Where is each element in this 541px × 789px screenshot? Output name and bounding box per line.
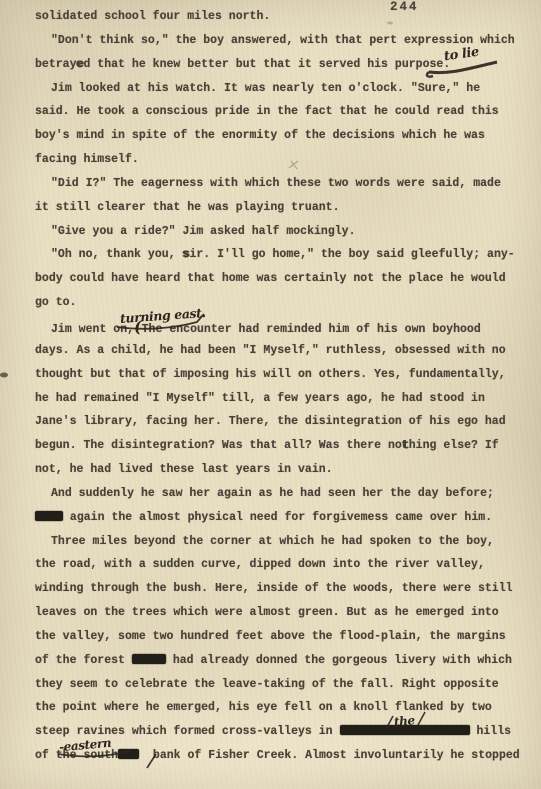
- typed-line: again the almost physical need for forgi…: [35, 506, 535, 530]
- typed-line: body could have heard that home was cert…: [35, 267, 535, 291]
- typed-line: And suddenly he saw her again as he had …: [35, 482, 535, 506]
- typed-line: Jim looked at his watch. It was nearly t…: [35, 77, 535, 101]
- typed-line: days. As a child, he had been "I Myself,…: [35, 339, 535, 363]
- typed-line: thought but that of imposing his will on…: [35, 363, 535, 387]
- typed-line: boy's mind in spite of the enormity of t…: [35, 124, 535, 148]
- typed-line: of the forest had already donned the gor…: [35, 649, 535, 673]
- overtyped-char: s: [183, 248, 190, 261]
- typed-line: facing himself.: [35, 148, 535, 172]
- handwritten-annotation-the: the: [393, 713, 415, 729]
- typed-line: leaves on the trees which were almost gr…: [35, 601, 535, 625]
- typed-line: begun. The disintegration? Was that all?…: [35, 434, 535, 458]
- redaction-mark: [35, 511, 63, 521]
- typed-line: he had remained "I Myself" till, a few y…: [35, 387, 535, 411]
- typed-line: said. He took a conscious pride in the f…: [35, 100, 535, 124]
- typed-line: not, he had lived these last years in va…: [35, 458, 535, 482]
- typed-line: solidated school four miles north.: [35, 5, 535, 29]
- typed-line: go to.: [35, 291, 535, 315]
- overtyped-char: e: [77, 58, 84, 71]
- typed-line: "Oh no, thank you, sir. I'll go home," t…: [35, 243, 535, 267]
- typed-line: the road, with a sudden curve, dipped do…: [35, 553, 535, 577]
- typed-line: Jim went on,(The encounter had reminded …: [35, 315, 535, 339]
- typed-line: "Did I?" The eagerness with which these …: [35, 172, 535, 196]
- overtyped-char: t: [402, 439, 409, 452]
- typed-line: Jane's library, facing her. There, the d…: [35, 410, 535, 434]
- typed-line: they seem to celebrate the leave-taking …: [35, 673, 535, 697]
- redaction-mark: [118, 749, 139, 759]
- typed-line: "Give you a ride?" Jim asked half mockin…: [35, 220, 535, 244]
- typed-line: the point where he emerged, his eye fell…: [35, 696, 535, 720]
- ink-speck: [0, 373, 8, 378]
- typed-line: the valley, some two hundred feet above …: [35, 625, 535, 649]
- redaction-mark: [132, 654, 166, 664]
- typed-line: it still clearer that he was playing tru…: [35, 196, 535, 220]
- typed-line: winding through the bush. Here, inside o…: [35, 577, 535, 601]
- manuscript-page: 244 solidated school four miles north."D…: [0, 0, 541, 789]
- typed-text: solidated school four miles north."Don't…: [35, 5, 535, 768]
- typed-line: Three miles beyond the corner at which h…: [35, 530, 535, 554]
